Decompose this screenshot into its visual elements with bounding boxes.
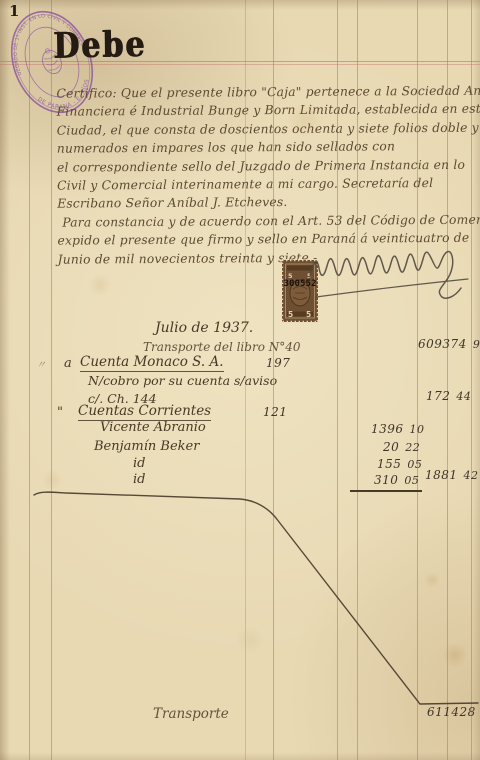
stamp-denomination-bl: 5 [288, 310, 293, 319]
row-folio: 197 [266, 356, 290, 370]
entry-transport-in-label: Transporte del libro N°40 [143, 340, 301, 354]
row-prefix: a [64, 356, 72, 371]
row-folio: 121 [263, 405, 287, 419]
amount-sum-rule [350, 490, 422, 492]
row-account-title: Cuenta Monaco S. A. [80, 354, 224, 372]
entry-transport-out-total: 61142877 [427, 705, 480, 719]
entry-transport-out-label: Transporte [153, 706, 229, 722]
row-name-id: id [133, 472, 145, 487]
row-prefix-ditto: " [57, 405, 63, 420]
row-name: Vicente Abranio [100, 420, 206, 435]
cert-line: Civil y Comercial interinamente a mi car… [57, 173, 480, 195]
row-name: Benjamín Beker [94, 439, 199, 454]
cert-line: Junio de mil novecientos treinta y siete… [58, 247, 480, 269]
row-amount: 31005 [374, 473, 419, 487]
stamp-serial-overprint: 300552 [284, 279, 317, 289]
page-title-debe: Debe [53, 24, 147, 67]
entry-month: Julio de 1937. [155, 320, 253, 336]
closing-diagonal-line [34, 492, 478, 704]
stamp-denomination-br: 5 [306, 310, 311, 319]
row-detail: N/cobro por su cuenta s/aviso [88, 373, 277, 388]
certification-paragraph: Certifico: Que el presente libro "Caja" … [56, 81, 480, 268]
group-subtotal: 188142 [425, 468, 479, 482]
cert-line: Ciudad, el que consta de doscientos oche… [57, 118, 480, 140]
revenue-stamp: 5 5 5 5 300552 [281, 259, 319, 323]
page-number: 1 [9, 2, 19, 20]
row-amount: 139610 [371, 422, 425, 436]
row-amount: 2022 [383, 440, 420, 454]
cert-line: expido el presente que firmo y sello en … [57, 229, 480, 251]
ledger-page: 1 Debe JUZGADO DE 1ª INST. EN LO CIVIL Y… [0, 0, 480, 760]
row-account-title: Cuentas Corrientes [78, 403, 211, 421]
margin-ditto-mark: 〃 [36, 356, 46, 371]
row-name-id: id [133, 456, 145, 471]
row-amount: 15505 [377, 457, 422, 471]
row-total: 17244 [426, 389, 471, 403]
entry-transport-in-amount: 60937491 [418, 337, 480, 351]
